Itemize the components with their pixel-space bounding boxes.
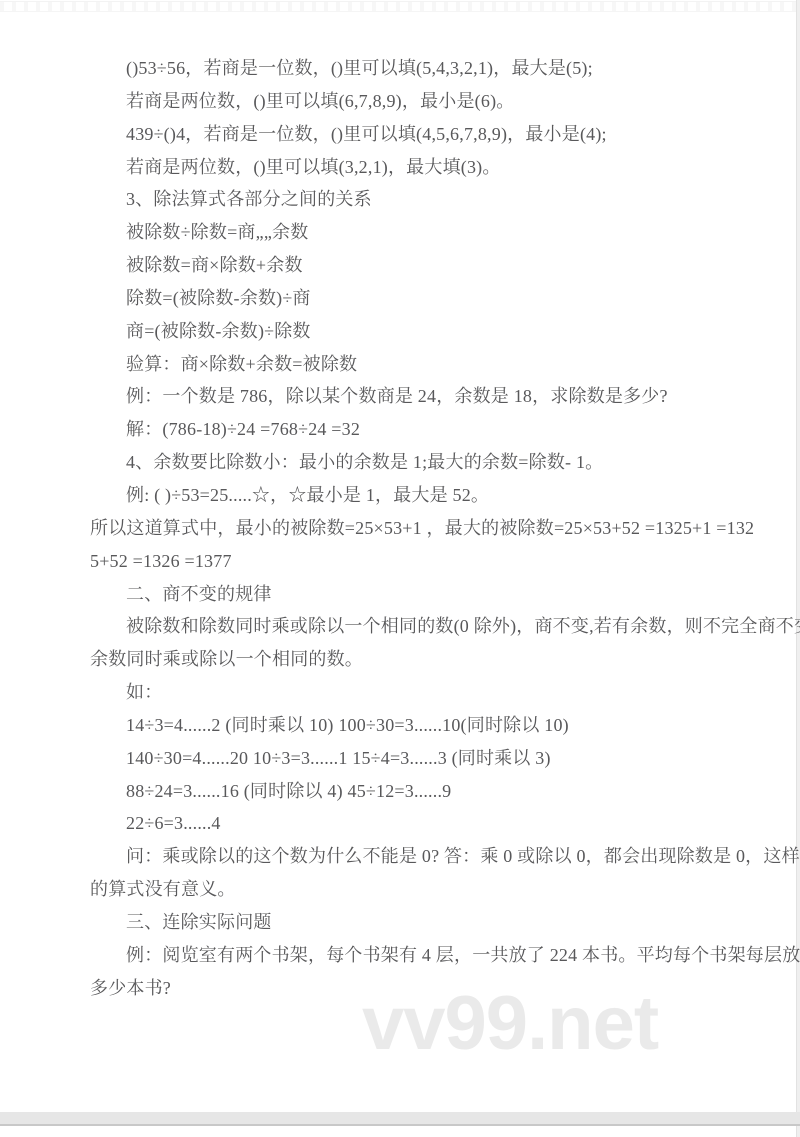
text-line: 如：: [90, 676, 716, 709]
document-page: ()53÷56，若商是一位数，()里可以填(5,4,3,2,1)，最大是(5);…: [0, 0, 797, 1125]
next-page-edge: [0, 1126, 797, 1137]
text-line: 22÷6=3......4: [90, 807, 716, 840]
text-line: 二、商不变的规律: [90, 578, 716, 611]
page-top-edge-texture: [0, 1, 796, 12]
text-line: 商=(被除数-余数)÷除数: [90, 315, 716, 348]
text-line: 解：(786-18)÷24 =768÷24 =32: [90, 413, 716, 446]
text-line: 88÷24=3......16 (同时除以 4) 45÷12=3......9: [90, 775, 716, 808]
page-separator: [0, 1112, 800, 1126]
text-line: 若商是两位数，()里可以填(3,2,1)，最大填(3)。: [90, 151, 716, 184]
text-line: 被除数=商×除数+余数: [90, 249, 716, 282]
text-line: 除数=(被除数-余数)÷商: [90, 282, 716, 315]
text-line: 例：阅览室有两个书架，每个书架有 4 层，一共放了 224 本书。平均每个书架每…: [90, 939, 716, 972]
text-line: 的算式没有意义。: [90, 873, 716, 906]
text-line: 被除数÷除数=商„„余数: [90, 216, 716, 249]
text-line: 若商是两位数，()里可以填(6,7,8,9)，最小是(6)。: [90, 85, 716, 118]
text-line: 所以这道算式中，最小的被除数=25×53+1 ，最大的被除数=25×53+52 …: [90, 512, 716, 545]
text-line: 被除数和除数同时乘或除以一个相同的数(0 除外)，商不变,若有余数，则不完全商不…: [90, 610, 716, 643]
text-line: 3、除法算式各部分之间的关系: [90, 183, 716, 216]
text-line: 三、连除实际问题: [90, 906, 716, 939]
text-line: 问：乘或除以的这个数为什么不能是 0? 答：乘 0 或除以 0，都会出现除数是 …: [90, 840, 716, 873]
text-line: 例：一个数是 786，除以某个数商是 24，余数是 18，求除数是多少?: [90, 380, 716, 413]
document-lines: ()53÷56，若商是一位数，()里可以填(5,4,3,2,1)，最大是(5);…: [90, 52, 716, 1004]
text-line: 例: ( )÷53=25.....☆，☆最小是 1，最大是 52。: [90, 479, 716, 512]
text-line: 439÷()4，若商是一位数，()里可以填(4,5,6,7,8,9)，最小是(4…: [90, 118, 716, 151]
text-line: 140÷30=4......20 10÷3=3......1 15÷4=3...…: [90, 742, 716, 775]
text-line: ()53÷56，若商是一位数，()里可以填(5,4,3,2,1)，最大是(5);: [90, 52, 716, 85]
text-line: 多少本书?: [90, 972, 716, 1005]
text-line: 验算：商×除数+余数=被除数: [90, 348, 716, 381]
text-line: 余数同时乘或除以一个相同的数。: [90, 643, 716, 676]
text-line: 5+52 =1326 =1377: [90, 545, 716, 578]
text-line: 14÷3=4......2 (同时乘以 10) 100÷30=3......10…: [90, 709, 716, 742]
text-line: 4、余数要比除数小：最小的余数是 1;最大的余数=除数- 1。: [90, 446, 716, 479]
